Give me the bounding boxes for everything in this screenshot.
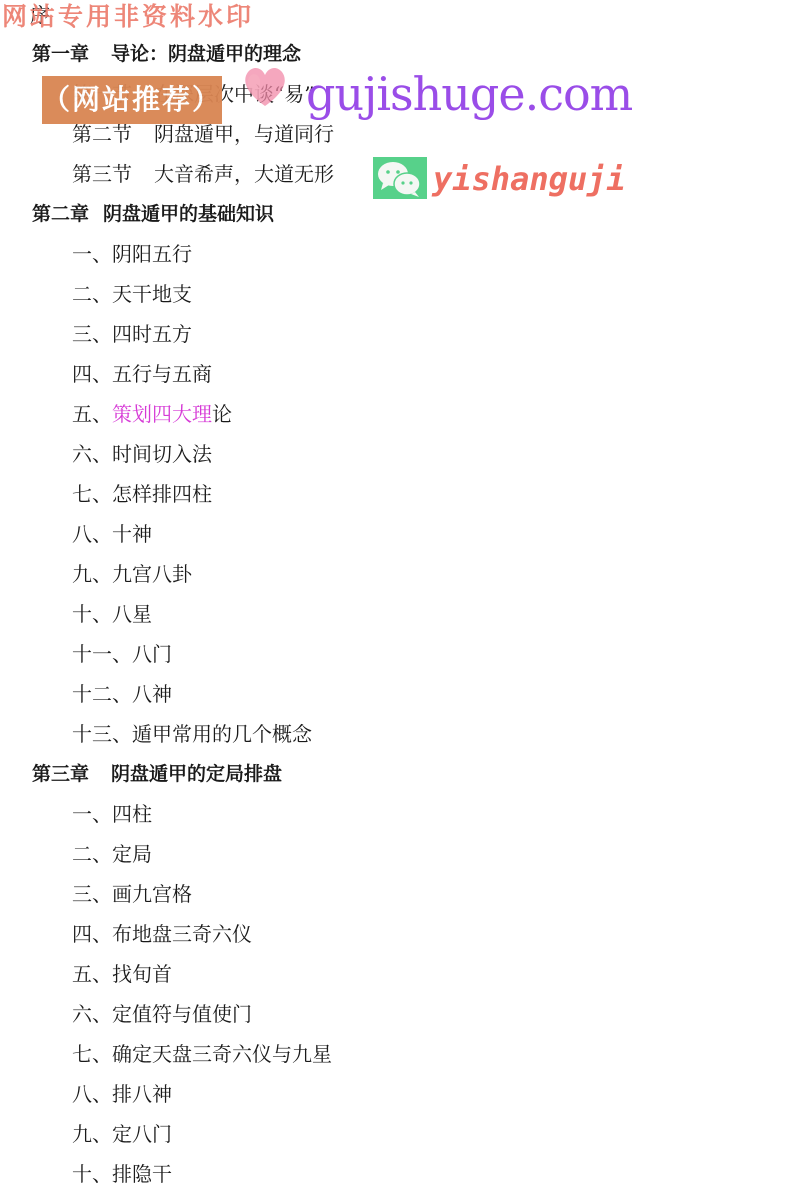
item-number: 八、 <box>72 522 112 546</box>
item-number: 十、 <box>72 1162 112 1186</box>
item-number: 六、 <box>72 1002 112 1026</box>
toc-item: 十一、八门 <box>72 642 172 666</box>
item-number: 二、 <box>72 842 112 866</box>
item-title: 四柱 <box>112 802 152 826</box>
wechat-icon <box>373 157 427 199</box>
item-number: 二、 <box>72 282 112 306</box>
toc-item: 十三、遁甲常用的几个概念 <box>72 722 312 746</box>
toc-item: 四、五行与五商 <box>72 362 212 386</box>
toc-item: 五、找旬首 <box>72 962 172 986</box>
item-title: 四时五方 <box>112 322 192 346</box>
chapter-title: 阴盘遁甲的基础知识 <box>103 203 274 225</box>
item-title: 天干地支 <box>112 282 192 306</box>
item-title: 排隐干 <box>112 1162 172 1186</box>
section-title: 阴盘遁甲，与道同行 <box>154 122 334 146</box>
toc-item: 三、四时五方 <box>72 322 192 346</box>
item-title: 阴阳五行 <box>112 242 192 266</box>
heart-icon <box>240 62 290 110</box>
item-number: 十二、 <box>72 682 132 706</box>
item-title: 怎样排四柱 <box>112 482 212 506</box>
toc-item: 九、九宫八卦 <box>72 562 192 586</box>
item-number: 九、 <box>72 1122 112 1146</box>
toc-item: 七、怎样排四柱 <box>72 482 212 506</box>
item-number: 一、 <box>72 242 112 266</box>
item-number: 五、 <box>72 962 112 986</box>
toc-item: 二、天干地支 <box>72 282 192 306</box>
toc-item: 六、时间切入法 <box>72 442 212 466</box>
document-page: 序 第一章导论：阴盘遁甲的理念 第一节在深层次中谈“易” 第二节阴盘遁甲，与道同… <box>0 0 794 1201</box>
toc-item: 二、定局 <box>72 842 152 866</box>
item-number: 七、 <box>72 482 112 506</box>
toc-item: 十、八星 <box>72 602 152 626</box>
toc-item: 七、确定天盘三奇六仪与九星 <box>72 1042 332 1066</box>
toc-item: 十、排隐干 <box>72 1162 172 1186</box>
item-number: 一、 <box>72 802 112 826</box>
item-title: 画九宫格 <box>112 882 192 906</box>
item-title: 遁甲常用的几个概念 <box>132 722 312 746</box>
item-number: 十三、 <box>72 722 132 746</box>
item-title: 八神 <box>132 682 172 706</box>
item-number: 三、 <box>72 322 112 346</box>
toc-item: 一、四柱 <box>72 802 152 826</box>
toc-item: 八、十神 <box>72 522 152 546</box>
item-number: 三、 <box>72 882 112 906</box>
chapter-title: 阴盘遁甲的定局排盘 <box>111 763 282 785</box>
item-title: 五行与五商 <box>112 362 212 386</box>
item-title: 定值符与值使门 <box>112 1002 252 1026</box>
section-1-2: 第二节阴盘遁甲，与道同行 <box>72 122 334 146</box>
toc-item: 九、定八门 <box>72 1122 172 1146</box>
chapter-number: 第三章 <box>32 763 89 785</box>
item-title: 排八神 <box>112 1082 172 1106</box>
item-number: 六、 <box>72 442 112 466</box>
toc-item: 六、定值符与值使门 <box>72 1002 252 1026</box>
item-number: 七、 <box>72 1042 112 1066</box>
item-number: 四、 <box>72 922 112 946</box>
toc-item: 八、排八神 <box>72 1082 172 1106</box>
watermark-recommend-box: （网站推荐） <box>42 76 222 124</box>
item-title: 八门 <box>132 642 172 666</box>
item-number: 十一、 <box>72 642 132 666</box>
item-title: 定局 <box>112 842 152 866</box>
toc-item: 四、布地盘三奇六仪 <box>72 922 252 946</box>
section-number: 第三节 <box>72 162 132 186</box>
item-title: 时间切入法 <box>112 442 212 466</box>
chapter-3-title: 第三章阴盘遁甲的定局排盘 <box>32 762 282 786</box>
item-title: 论 <box>212 402 232 426</box>
watermark-wechat-handle: yishanguji <box>433 157 626 201</box>
item-number: 四、 <box>72 362 112 386</box>
item-title: 十神 <box>112 522 152 546</box>
watermark-banner: 网站专用非资料水印 <box>2 0 254 34</box>
item-title: 找旬首 <box>112 962 172 986</box>
section-number: 第二节 <box>72 122 132 146</box>
section-title: 大音希声，大道无形 <box>154 162 334 186</box>
chapter-number: 第一章 <box>32 43 89 65</box>
toc-item: 十二、八神 <box>72 682 172 706</box>
item-number: 十、 <box>72 602 112 626</box>
item-title: 九宫八卦 <box>112 562 192 586</box>
chapter-number: 第二章 <box>32 203 89 225</box>
item-number: 八、 <box>72 1082 112 1106</box>
item-number: 五、 <box>72 402 112 426</box>
toc-item: 一、阴阳五行 <box>72 242 192 266</box>
item-title: 定八门 <box>112 1122 172 1146</box>
item-number: 九、 <box>72 562 112 586</box>
item-title: 确定天盘三奇六仪与九星 <box>112 1042 332 1066</box>
chapter-2-title: 第二章阴盘遁甲的基础知识 <box>32 202 274 226</box>
section-1-3: 第三节大音希声，大道无形 <box>72 162 334 186</box>
toc-item: 五、策划四大理论 <box>72 402 232 426</box>
highlighted-text: 策划四大理 <box>112 402 212 426</box>
toc-item: 三、画九宫格 <box>72 882 192 906</box>
watermark-site: gujishuge.com <box>306 64 632 124</box>
item-title: 八星 <box>112 602 152 626</box>
item-title: 布地盘三奇六仪 <box>112 922 252 946</box>
